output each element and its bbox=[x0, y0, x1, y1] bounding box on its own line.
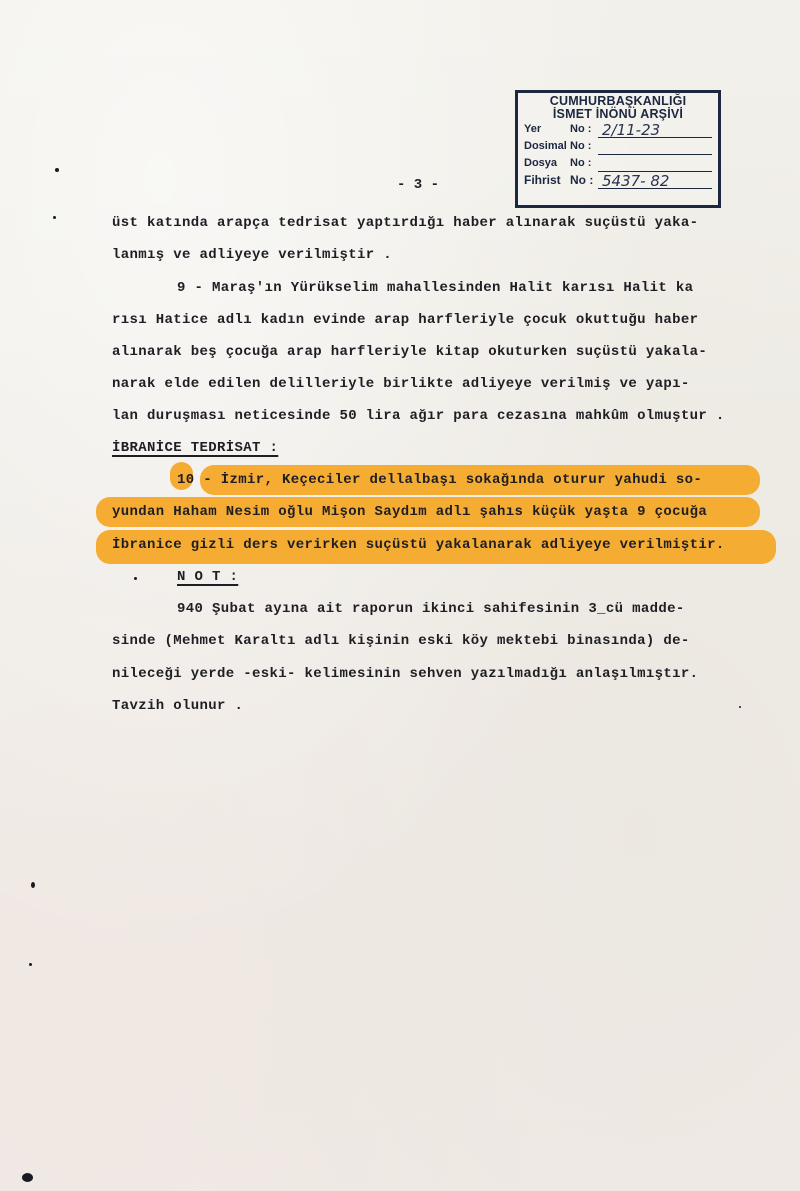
stamp-no: No : bbox=[570, 155, 598, 172]
highlighted-text-line: yundan Haham Nesim oğlu Mişon Saydım adl… bbox=[112, 504, 707, 520]
stamp-row-dosya: Dosya No : bbox=[524, 155, 712, 172]
speck-mark bbox=[739, 706, 741, 708]
note-line: sinde (Mehmet Karaltı adlı kişinin eski … bbox=[112, 633, 690, 649]
speck-mark bbox=[29, 963, 32, 966]
stamp-no: No : bbox=[570, 172, 598, 189]
text-line: 9 - Maraş'ın Yürükselim mahallesinden Ha… bbox=[177, 280, 693, 296]
speck-mark bbox=[55, 168, 59, 172]
stamp-no: No : bbox=[570, 138, 598, 155]
stamp-label: Yer bbox=[524, 121, 570, 138]
stamp-value-dosimal bbox=[598, 140, 712, 155]
page-number: - 3 - bbox=[397, 177, 439, 193]
note-line: nileceği yerde -eski- kelimesinin sehven… bbox=[112, 666, 698, 682]
archive-stamp: CUMHURBAŞKANLIĞI İSMET İNÖNÜ ARŞİVİ Yer … bbox=[515, 90, 721, 208]
stamp-label: Fihrist bbox=[524, 172, 570, 189]
stamp-no: No : bbox=[570, 121, 598, 138]
heading-ibranice-tedrisat: İBRANİCE TEDRİSAT : bbox=[112, 440, 278, 456]
text-line: rısı Hatice adlı kadın evinde arap harfl… bbox=[112, 312, 698, 328]
stamp-value-fihrist: 5437- 82 bbox=[598, 174, 712, 189]
document-page: CUMHURBAŞKANLIĞI İSMET İNÖNÜ ARŞİVİ Yer … bbox=[0, 0, 800, 1191]
speck-mark bbox=[53, 216, 56, 219]
speck-mark bbox=[31, 882, 35, 888]
ink-blot bbox=[22, 1173, 33, 1182]
stamp-row-dosimal: Dosimal No : bbox=[524, 138, 712, 155]
stamp-title-line2: İSMET İNÖNÜ ARŞİVİ bbox=[524, 108, 712, 121]
speck-mark bbox=[134, 577, 137, 580]
stamp-row-yer: Yer No : 2/11-23 bbox=[524, 121, 712, 138]
note-line: 940 Şubat ayına ait raporun ikinci sahif… bbox=[177, 601, 685, 617]
stamp-value-yer: 2/11-23 bbox=[598, 123, 712, 138]
text-line: lan duruşması neticesinde 50 lira ağır p… bbox=[112, 408, 725, 424]
text-line: alınarak beş çocuğa arap harfleriyle kit… bbox=[112, 344, 707, 360]
highlighted-text-line: İbranice gizli ders verirken suçüstü yak… bbox=[112, 537, 725, 553]
text-line: narak elde edilen delilleriyle birlikte … bbox=[112, 376, 690, 392]
heading-not: N O T : bbox=[177, 569, 238, 585]
text-line: lanmış ve adliyeye verilmiştir . bbox=[112, 247, 392, 263]
stamp-row-fihrist: Fihrist No : 5437- 82 bbox=[524, 172, 712, 189]
note-line: Tavzih olunur . bbox=[112, 698, 243, 714]
stamp-label: Dosimal bbox=[524, 138, 570, 155]
stamp-value-dosya bbox=[598, 157, 712, 172]
stamp-label: Dosya bbox=[524, 155, 570, 172]
highlighted-text-line: 10 - İzmir, Keçeciler dellalbaşı sokağın… bbox=[177, 472, 702, 488]
text-line: üst katında arapça tedrisat yaptırdığı h… bbox=[112, 215, 698, 231]
